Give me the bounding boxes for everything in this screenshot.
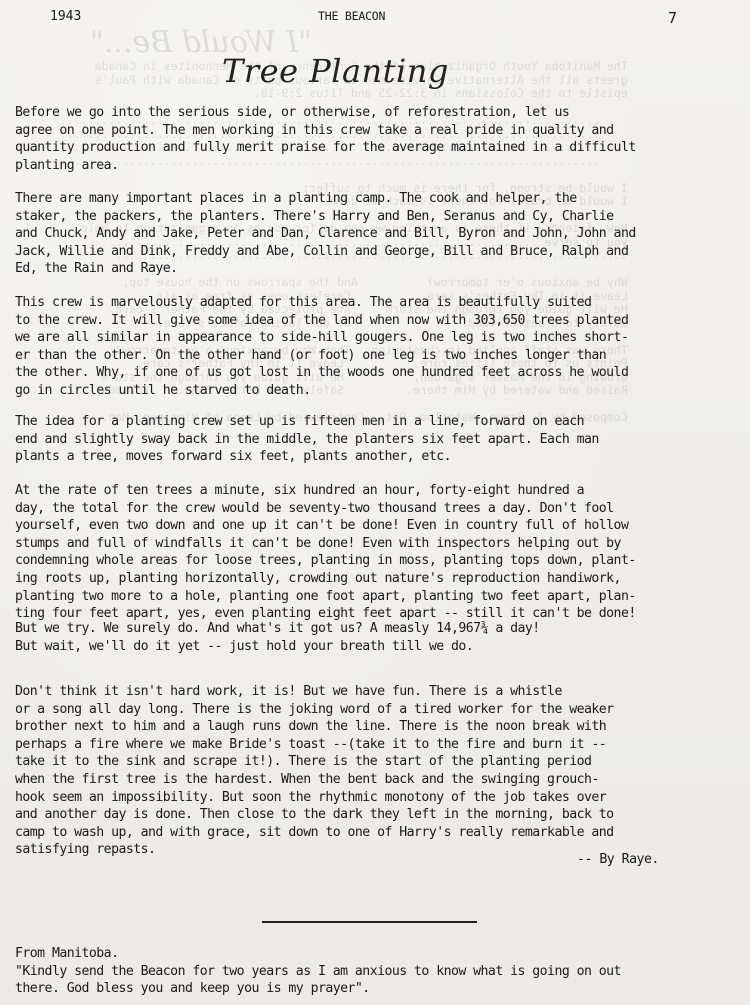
issue-year: 1943 bbox=[50, 9, 81, 24]
newsletter-page: "I Would Be..." The Manitoba Youth Organ… bbox=[0, 0, 750, 1005]
paragraph-terrain: This crew is marvelously adapted for thi… bbox=[15, 294, 737, 400]
article-title: Tree Planting bbox=[222, 52, 449, 90]
article-byline: -- By Raye. bbox=[577, 852, 659, 867]
paragraph-camp-life: Don't think it isn't hard work, it is! B… bbox=[15, 683, 737, 859]
masthead: THE BEACON bbox=[318, 9, 385, 23]
paragraph-crew-setup: The idea for a planting crew set up is f… bbox=[15, 413, 737, 466]
page-number: 7 bbox=[668, 9, 677, 27]
paragraph-planting-rate: At the rate of ten trees a minute, six h… bbox=[15, 482, 737, 623]
paragraph-daily-total: But we try. We surely do. And what's it … bbox=[15, 620, 737, 655]
paragraph-intro: Before we go into the serious side, or o… bbox=[15, 104, 737, 174]
section-divider bbox=[262, 921, 477, 923]
reader-letter: From Manitoba. "Kindly send the Beacon f… bbox=[15, 945, 737, 998]
paragraph-crew-names: There are many important places in a pla… bbox=[15, 190, 737, 278]
